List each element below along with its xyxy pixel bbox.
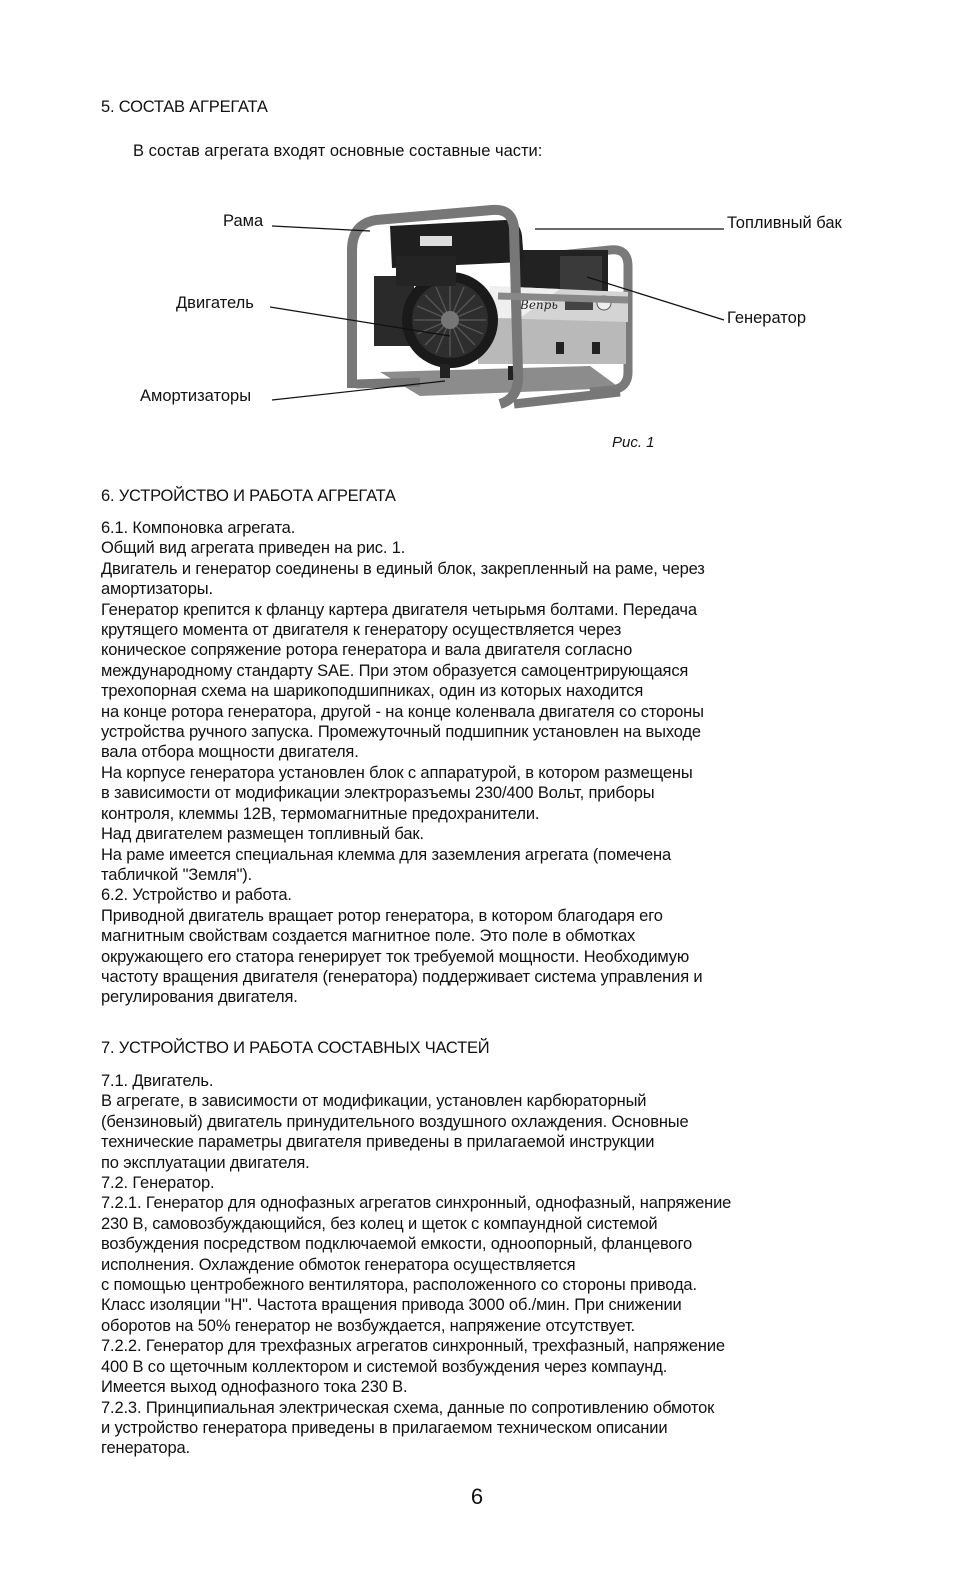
figure-1: Вепрь (0, 200, 954, 470)
text-line: 6.2. Устройство и работа. (133, 885, 861, 905)
label-fuel-tank: Топливный бак (727, 214, 842, 233)
text-line: Над двигателем размещен топливный бак. (133, 824, 861, 844)
manual-page: 5. СОСТАВ АГРЕГАТА В состав агрегата вхо… (0, 0, 954, 1579)
text-line: и устройство генератора приведены в прил… (133, 1418, 861, 1438)
text-line: амортизаторы. (133, 579, 861, 599)
section-5-intro: В состав агрегата входят основные состав… (133, 142, 542, 161)
text-line: возбуждения посредством подключаемой емк… (133, 1234, 861, 1254)
page-number: 6 (0, 1484, 954, 1510)
text-line: 7.2. Генератор. (133, 1173, 861, 1193)
text-line: На раме имеется специальная клемма для з… (133, 845, 861, 865)
text-line: 6.1. Компоновка агрегата. (133, 518, 861, 538)
text-line: 7.2.1. Генератор для однофазных агрегато… (133, 1193, 861, 1213)
section-7-title: 7. УСТРОЙСТВО И РАБОТА СОСТАВНЫХ ЧАСТЕЙ (101, 1039, 489, 1058)
paragraph: На корпусе генератора установлен блок с … (101, 763, 861, 824)
paragraph: 7.1. Двигатель. (101, 1071, 861, 1091)
text-line: (бензиновый) двигатель принудительного в… (133, 1112, 861, 1132)
paragraph: 7.2.1. Генератор для однофазных агрегато… (101, 1193, 861, 1336)
paragraph: 6.1. Компоновка агрегата. (101, 518, 861, 538)
text-line: 7.2.2. Генератор для трехфазных агрегато… (133, 1336, 861, 1356)
text-line: 7.2.3. Принципиальная электрическая схем… (133, 1398, 861, 1418)
paragraph: 7.2. Генератор. (101, 1173, 861, 1193)
text-line: Приводной двигатель вращает ротор генера… (133, 906, 861, 926)
label-engine: Двигатель (176, 294, 254, 313)
paragraph: На раме имеется специальная клемма для з… (101, 845, 861, 886)
label-generator: Генератор (727, 309, 806, 328)
paragraph: Двигатель и генератор соединены в единый… (101, 559, 861, 600)
text-line: На корпусе генератора установлен блок с … (133, 763, 861, 783)
text-line: вала отбора мощности двигателя. (133, 742, 861, 762)
text-line: с помощью центробежного вентилятора, рас… (133, 1275, 861, 1295)
paragraph: 7.2.2. Генератор для трехфазных агрегато… (101, 1336, 861, 1397)
label-shock-absorbers: Амортизаторы (140, 387, 251, 406)
text-line: магнитным свойствам создается магнитное … (133, 926, 861, 946)
text-line: на конце ротора генератора, другой - на … (133, 702, 861, 722)
text-line: Класс изоляции "Н". Частота вращения при… (133, 1295, 861, 1315)
section-6-title: 6. УСТРОЙСТВО И РАБОТА АГРЕГАТА (101, 487, 396, 506)
paragraph: В агрегате, в зависимости от модификации… (101, 1091, 861, 1173)
text-line: частоту вращения двигателя (генератора) … (133, 967, 861, 987)
text-line: международному стандарту SAE. При этом о… (133, 661, 861, 681)
paragraph: 6.2. Устройство и работа. (101, 885, 861, 905)
paragraph: Общий вид агрегата приведен на рис. 1. (101, 538, 861, 558)
text-line: Общий вид агрегата приведен на рис. 1. (133, 538, 861, 558)
text-line: устройства ручного запуска. Промежуточны… (133, 722, 861, 742)
paragraph: Генератор крепится к фланцу картера двиг… (101, 600, 861, 763)
text-line: Имеется выход однофазного тока 230 В. (133, 1377, 861, 1397)
text-line: В агрегате, в зависимости от модификации… (133, 1091, 861, 1111)
paragraph: Над двигателем размещен топливный бак. (101, 824, 861, 844)
text-line: окружающего его статора генерирует ток т… (133, 947, 861, 967)
text-line: технические параметры двигателя приведен… (133, 1132, 861, 1152)
text-line: коническое сопряжение ротора генератора … (133, 640, 861, 660)
text-line: трехопорная схема на шарикоподшипниках, … (133, 681, 861, 701)
text-line: 400 В со щеточным коллектором и системой… (133, 1357, 861, 1377)
paragraph: 7.2.3. Принципиальная электрическая схем… (101, 1398, 861, 1459)
text-line: генератора. (133, 1438, 861, 1458)
text-line: по эксплуатации двигателя. (133, 1153, 861, 1173)
text-line: табличкой "Земля"). (133, 865, 861, 885)
text-line: исполнения. Охлаждение обмоток генератор… (133, 1255, 861, 1275)
text-line: контроля, клеммы 12В, термомагнитные пре… (133, 804, 861, 824)
text-line: в зависимости от модификации электроразъ… (133, 783, 861, 803)
label-frame: Рама (223, 212, 263, 231)
section-6-body: 6.1. Компоновка агрегата.Общий вид агрег… (101, 518, 861, 1008)
paragraph: Приводной двигатель вращает ротор генера… (101, 906, 861, 1008)
generator-illustration: Вепрь (0, 200, 954, 470)
section-5-title: 5. СОСТАВ АГРЕГАТА (101, 98, 268, 117)
text-line: регулирования двигателя. (133, 987, 861, 1007)
text-line: крутящего момента от двигателя к генерат… (133, 620, 861, 640)
text-line: оборотов на 50% генератор не возбуждаетс… (133, 1316, 861, 1336)
text-line: Двигатель и генератор соединены в единый… (133, 559, 861, 579)
figure-caption: Рис. 1 (612, 434, 655, 451)
text-line: 230 В, самовозбуждающийся, без колец и щ… (133, 1214, 861, 1234)
text-line: 7.1. Двигатель. (133, 1071, 861, 1091)
text-line: Генератор крепится к фланцу картера двиг… (133, 600, 861, 620)
section-7-body: 7.1. Двигатель.В агрегате, в зависимости… (101, 1071, 861, 1459)
